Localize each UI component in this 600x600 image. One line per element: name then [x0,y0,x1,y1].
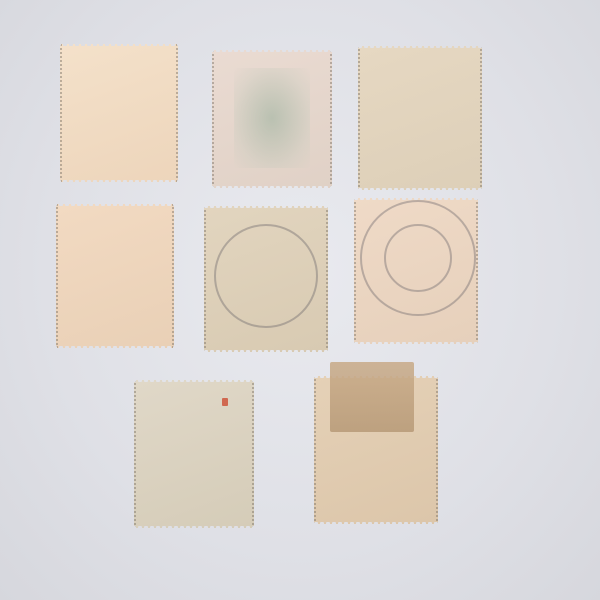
stamp-4 [56,204,174,348]
postmark-circle [214,224,318,328]
stamp-2 [212,50,332,188]
stamp-1 [60,44,178,182]
stamp-hinge [330,362,414,432]
stamp-5 [204,206,328,352]
postmark-inner-ring [384,224,452,292]
perforation-edge [358,46,482,190]
red-mark [222,398,228,406]
figure-show-through [234,68,310,168]
stamp-3 [358,46,482,190]
stamp-7 [134,380,254,528]
perforation-edge [134,380,254,528]
perforation-edge [56,204,174,348]
stamp-6 [354,198,478,344]
